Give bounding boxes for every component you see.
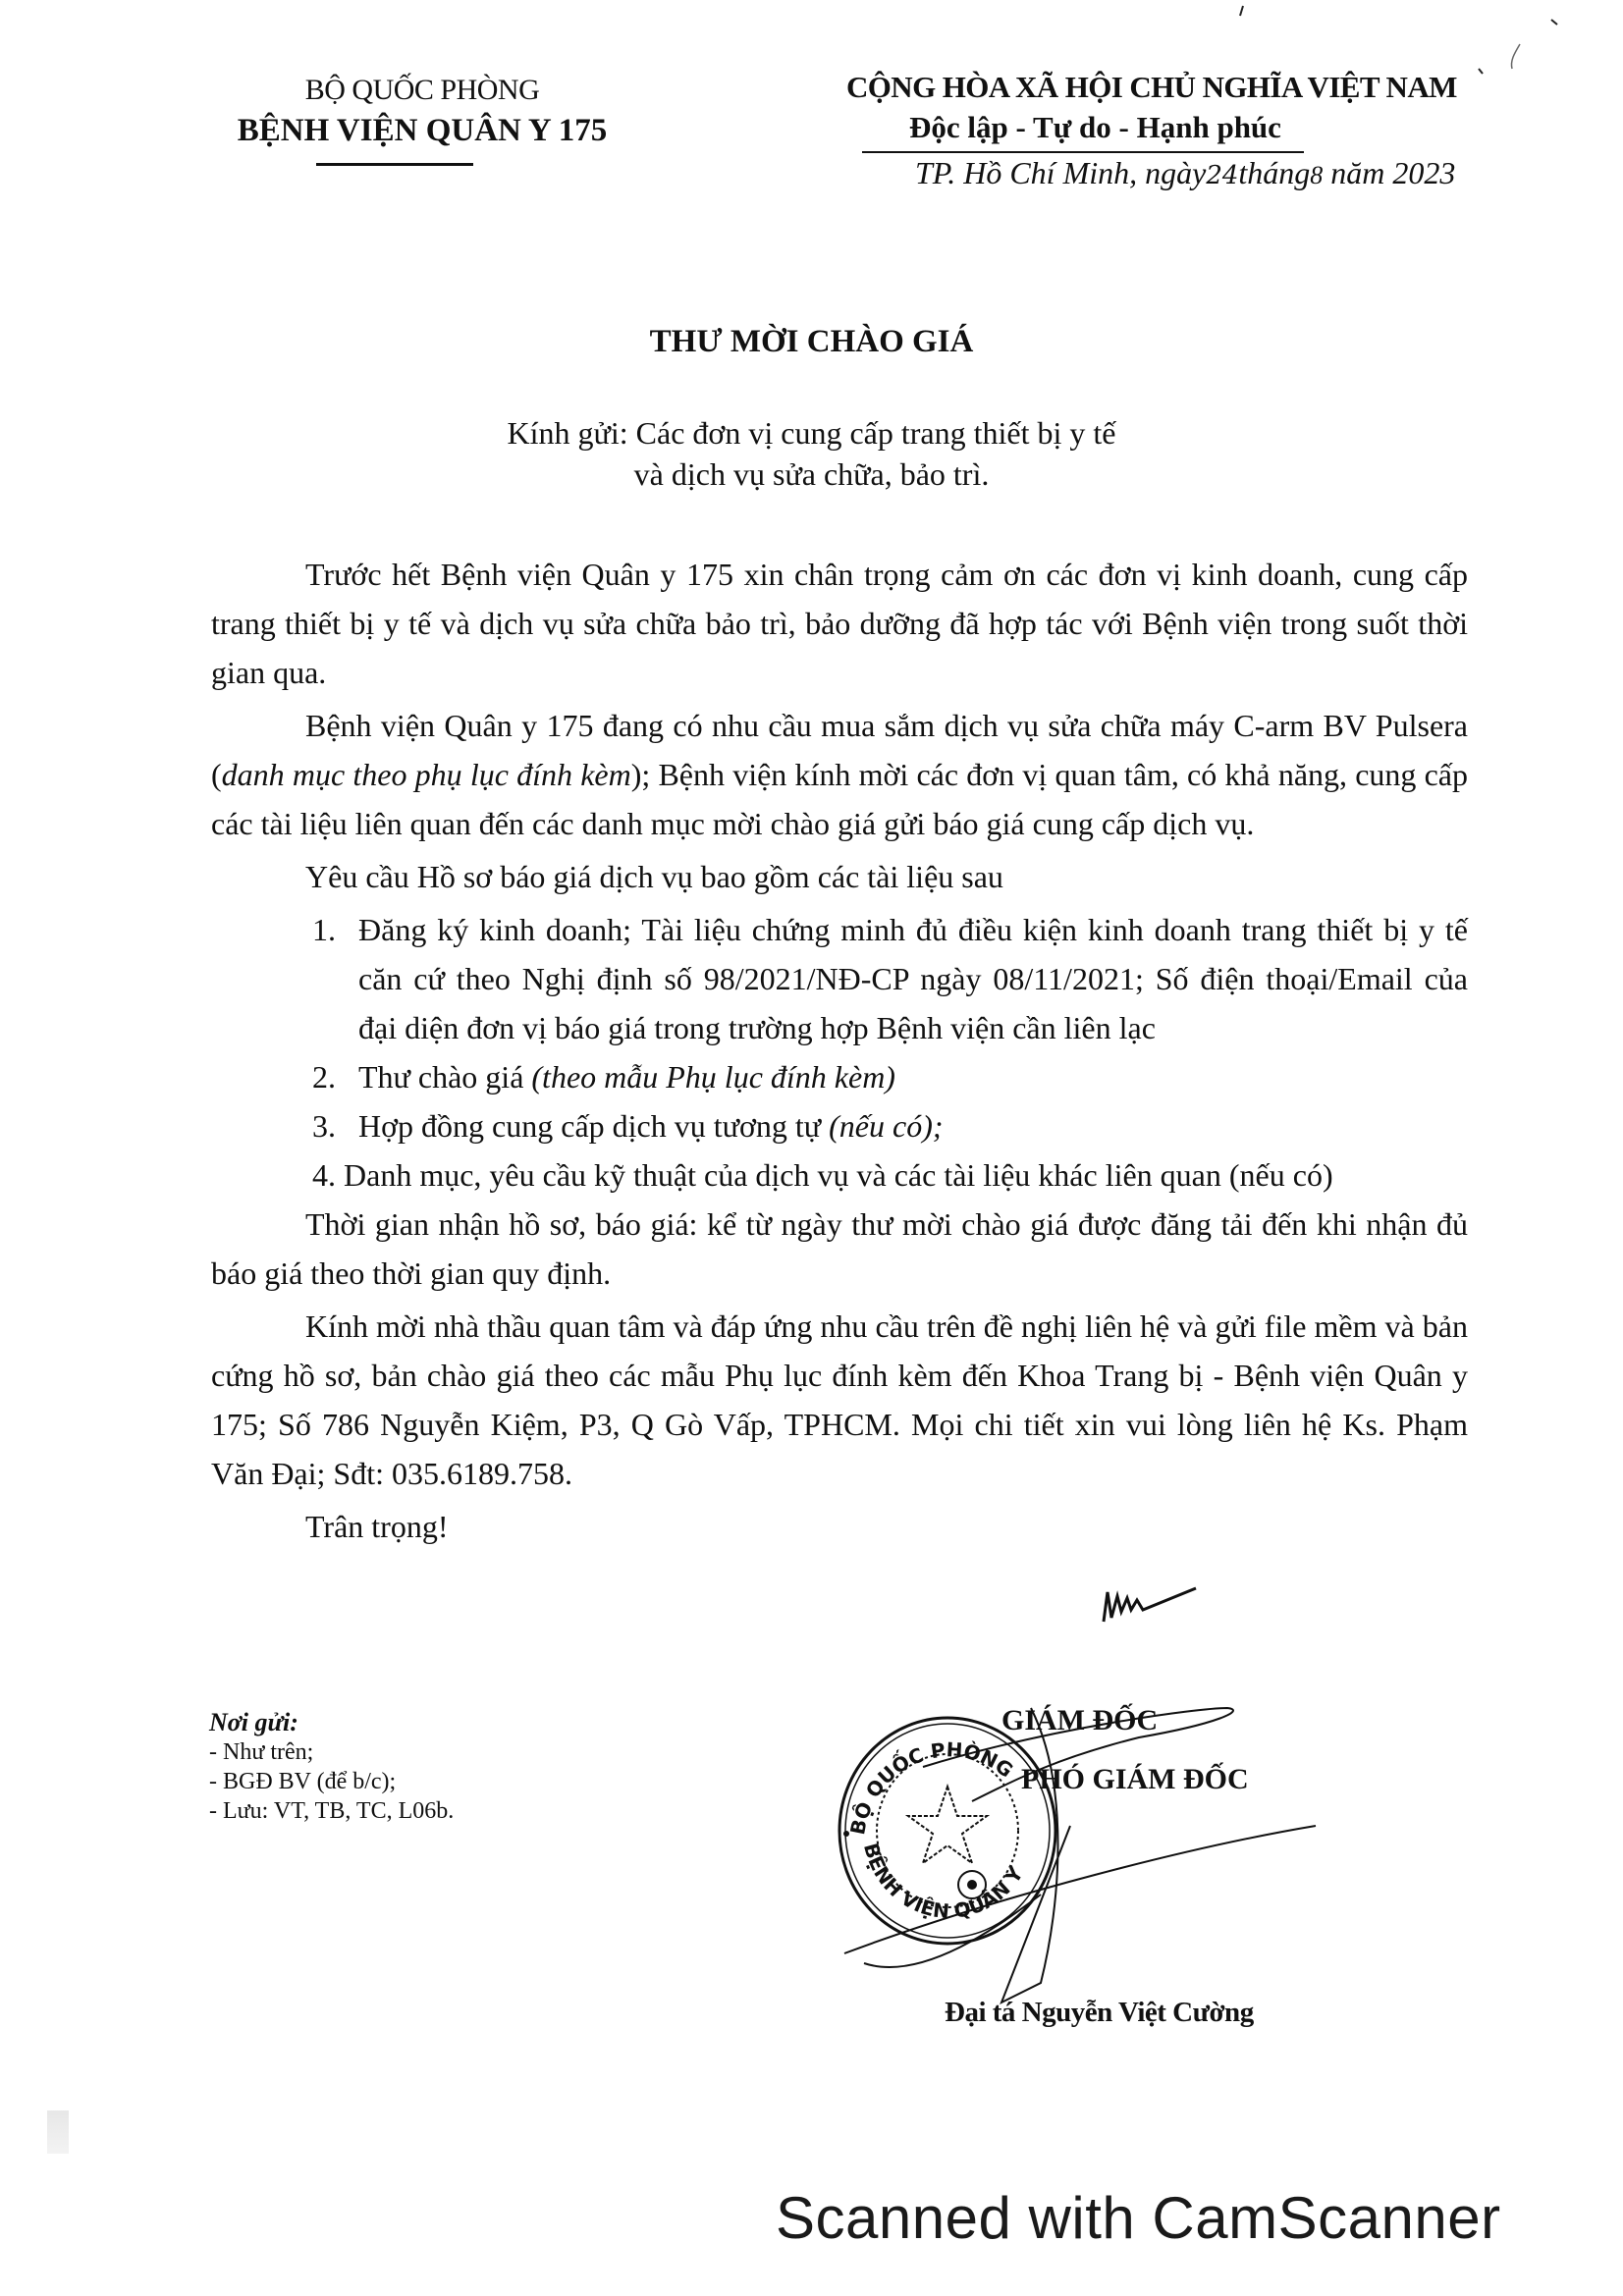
hospital-underline [316,163,473,166]
paragraph-requirements-intro: Yêu cầu Hồ sơ báo giá dịch vụ bao gồm cá… [211,852,1468,901]
distribution-title: Nơi gửi: [209,1708,454,1737]
distribution-item: - BGĐ BV (để b/c); [209,1767,454,1796]
signer-name: Đại tá Nguyễn Việt Cường [945,1997,1254,2029]
distribution-item: - Lưu: VT, TB, TC, L06b. [209,1796,454,1826]
date-month-label: tháng [1238,155,1310,190]
paragraph-intro: Trước hết Bệnh viện Quân y 175 xin chân … [211,550,1468,697]
ministry-name: BỘ QUỐC PHÒNG [196,71,648,110]
republic-name: CỘNG HÒA XÃ HỘI CHỦ NGHĨA VIỆT NAM [785,67,1512,108]
date-month: 8 [1310,161,1323,189]
scanner-watermark: Scanned with CamScanner [776,2184,1501,2252]
date-prefix: TP. Hồ Chí Minh, ngày [915,155,1206,190]
recipient-line-2: và dịch vụ sửa chữa, bảo trì. [0,454,1623,495]
item-number: 2. [312,1052,336,1101]
signature-block: GIÁM ĐỐC PHÓ GIÁM ĐỐC BỘ QUỐC PHÒNG BỆNH… [805,1669,1394,2042]
item-text: Thư chào giá [358,1059,531,1095]
scan-artifact [47,2110,69,2154]
header-right: CỘNG HÒA XÃ HỘI CHỦ NGHĨA VIỆT NAM Độc l… [785,67,1512,201]
initials-signature [1098,1582,1206,1631]
paragraph-deadline: Thời gian nhận hồ sơ, báo giá: kể từ ngà… [211,1200,1468,1298]
need-text-italic: danh mục theo phụ lục đính kèm [222,757,631,792]
motto-underline [862,151,1304,153]
paragraph-need: Bệnh viện Quân y 175 đang có nhu cầu mua… [211,701,1468,848]
header-left: BỘ QUỐC PHÒNG BỆNH VIỆN QUÂN Y 175 [196,71,648,151]
item-note: (theo mẫu Phụ lục đính kèm) [531,1059,895,1095]
requirements-list: 1.Đăng ký kinh doanh; Tài liệu chứng min… [211,905,1468,1200]
distribution-item: - Như trên; [209,1737,454,1767]
closing: Trân trọng! [211,1502,1468,1551]
date-suffix: năm 2023 [1330,155,1455,190]
recipient-line-1: Kính gửi: Các đơn vị cung cấp trang thiế… [0,412,1623,454]
item-number: 1. [312,905,336,954]
paragraph-contact: Kính mời nhà thầu quan tâm và đáp ứng nh… [211,1302,1468,1498]
national-motto: Độc lập - Tự do - Hạnh phúc [785,108,1512,147]
hospital-name: BỆNH VIỆN QUÂN Y 175 [196,110,648,151]
item-number: 3. [312,1101,336,1150]
item-text: Hợp đồng cung cấp dịch vụ tương tự [358,1108,829,1144]
letter-body: Trước hết Bệnh viện Quân y 175 xin chân … [211,550,1468,1555]
document-date: TP. Hồ Chí Minh, ngày24tháng8 năm 2023 [785,147,1512,201]
list-item: 3.Hợp đồng cung cấp dịch vụ tương tự (nế… [211,1101,1468,1150]
list-item: 4. Danh mục, yêu cầu kỹ thuật của dịch v… [211,1150,1468,1200]
distribution-list: Nơi gửi: - Như trên; - BGĐ BV (để b/c); … [209,1708,454,1826]
document-title: THƯ MỜI CHÀO GIÁ [0,324,1623,360]
date-day: 24 [1206,161,1238,190]
item-note: (nếu có); [829,1108,943,1144]
list-item: 2.Thư chào giá (theo mẫu Phụ lục đính kè… [211,1052,1468,1101]
item-text: Đăng ký kinh doanh; Tài liệu chứng minh … [358,912,1468,1045]
item-text: Danh mục, yêu cầu kỹ thuật của dịch vụ v… [344,1157,1333,1193]
handwritten-signature [805,1669,1394,2042]
recipient: Kính gửi: Các đơn vị cung cấp trang thiế… [0,412,1623,495]
list-item: 1.Đăng ký kinh doanh; Tài liệu chứng min… [211,905,1468,1052]
item-number: 4. [312,1157,336,1193]
